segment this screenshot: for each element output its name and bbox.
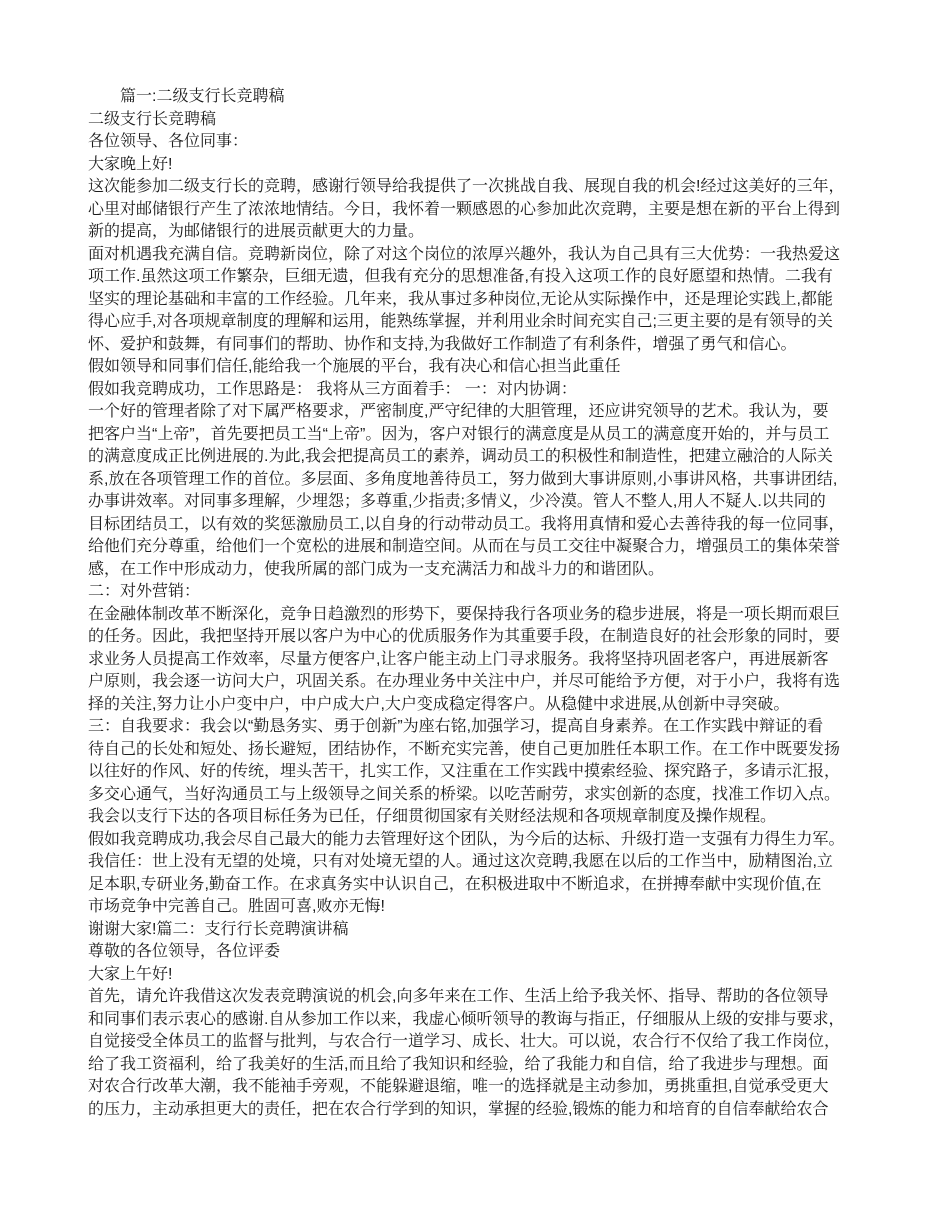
text-line: 多交心通气，当好沟通员工与上级领导之间关系的桥梁。以吃苦耐劳，求实创新的态度，找… [88, 784, 888, 807]
text-line: 新的提高，为邮储银行的进展贡献更大的力量。 [88, 221, 888, 244]
text-line: 自觉接受全体员工的监督与批判，与农合行一道学习、成长、壮大。可以说，农合行不仅给… [88, 1031, 888, 1054]
text-line: 的任务。因此，我把坚持开展以客户为中心的优质服务作为其重要手段，在制造良好的社会… [88, 626, 888, 649]
text-line: 感，在工作中形成动力，使我所属的部门成为一支充满活力和战斗力的和谐团队。 [88, 559, 888, 582]
text-line: 尊敬的各位领导，各位评委 [88, 941, 888, 964]
text-line: 三：自我要求：我会以“勤恳务实、勇于创新”为座右铭,加强学习，提高自身素养。在工… [88, 716, 888, 739]
text-line: 在金融体制改革不断深化，竞争日趋激烈的形势下，要保持我行各项业务的稳步进展，将是… [88, 604, 888, 627]
text-line: 篇一:二级支行长竞聘稿 [88, 86, 888, 109]
text-line: 首先，请允许我借这次发表竞聘演说的机会,向多年来在工作、生活上给予我关怀、指导、… [88, 986, 888, 1009]
text-line: 办事讲效率。对同事多理解，少埋怨；多尊重,少指责;多情义，少冷漠。管人不整人,用… [88, 491, 888, 514]
text-line: 这次能参加二级支行长的竞聘，感谢行领导给我提供了一次挑战自我、展现自我的机会!经… [88, 176, 888, 199]
text-line: 面对机遇我充满自信。竞聘新岗位，除了对这个岗位的浓厚兴趣外，我认为自己具有三大优… [88, 244, 888, 267]
text-line: 项工作.虽然这项工作繁杂，巨细无遗，但我有充分的思想准备,有投入这项工作的良好愿… [88, 266, 888, 289]
document-page: 篇一:二级支行长竞聘稿二级支行长竞聘稿各位领导、各位同事：大家晚上好!这次能参加… [0, 0, 950, 1230]
text-line: 怀、爱护和鼓舞，有同事们的帮助、协作和支持,为我做好工作制造了有利条件，增强了勇… [88, 334, 888, 357]
text-line: 把客户当“上帝”，首先要把员工当“上帝”。因为，客户对银行的满意度是从员工的满意… [88, 424, 888, 447]
text-line: 择的关注,努力让小户变中户，中户成大户,大户变成稳定得客户。从稳健中求进展,从创… [88, 694, 888, 717]
text-line: 心里对邮储银行产生了浓浓地情结。今日，我怀着一颗感恩的心参加此次竞聘，主要是想在… [88, 199, 888, 222]
text-line: 大家上午好! [88, 964, 888, 987]
text-line: 各位领导、各位同事： [88, 131, 888, 154]
text-line: 系,放在各项管理工作的首位。多层面、多角度地善待员工，努力做到大事讲原则,小事讲… [88, 469, 888, 492]
text-line: 目标团结员工，以有效的奖惩激励员工,以自身的行动带动员工。我将用真情和爱心去善待… [88, 514, 888, 537]
document-text: 篇一:二级支行长竞聘稿二级支行长竞聘稿各位领导、各位同事：大家晚上好!这次能参加… [88, 86, 888, 1121]
text-line: 我信任：世上没有无望的处境，只有对处境无望的人。通过这次竞聘,我愿在以后的工作当… [88, 851, 888, 874]
text-line: 谢谢大家!篇二：支行行长竞聘演讲稿 [88, 919, 888, 942]
text-line: 户原则，我会逐一访问大户，巩固关系。在办理业务中关注中户，并尽可能给予方便，对于… [88, 671, 888, 694]
text-line: 得心应手,对各项规章制度的理解和运用，能熟练掌握，并利用业余时间充实自己;三更主… [88, 311, 888, 334]
text-line: 二：对外营销： [88, 581, 888, 604]
text-line: 市场竞争中完善自己。胜固可喜,败亦无悔! [88, 896, 888, 919]
text-line: 对农合行改革大潮，我不能袖手旁观，不能躲避退缩，唯一的选择就是主动参加，勇挑重担… [88, 1076, 888, 1099]
text-line: 待自己的长处和短处、扬长避短，团结协作，不断充实完善，使自己更加胜任本职工作。在… [88, 739, 888, 762]
text-line: 坚实的理论基础和丰富的工作经验。几年来，我从事过多种岗位,无论从实际操作中，还是… [88, 289, 888, 312]
text-line: 我会以支行下达的各项目标任务为已任，仔细贯彻国家有关财经法规和各项规章制度及操作… [88, 806, 888, 829]
text-line: 的满意度成正比例进展的.为此,我会把提高员工的素养，调动员工的积极性和制造性，把… [88, 446, 888, 469]
text-line: 假如我竞聘成功，工作思路是： 我将从三方面着手： 一：对内协调： [88, 379, 888, 402]
text-line: 二级支行长竞聘稿 [88, 109, 888, 132]
text-line: 的压力，主动承担更大的责任，把在农合行学到的知识，掌握的经验,锻炼的能力和培育的… [88, 1099, 888, 1122]
text-line: 给了我工资福利，给了我美好的生活,而且给了我知识和经验，给了我能力和自信，给了我… [88, 1054, 888, 1077]
text-line: 和同事们表示衷心的感谢.自从参加工作以来，我虚心倾听领导的教诲与指正，仔细服从上… [88, 1009, 888, 1032]
text-line: 以往好的作风、好的传统，埋头苦干，扎实工作，又注重在工作实践中摸索经验、探究路子… [88, 761, 888, 784]
text-line: 一个好的管理者除了对下属严格要求，严密制度,严守纪律的大胆管理，还应讲究领导的艺… [88, 401, 888, 424]
text-line: 假如我竞聘成功,我会尽自己最大的能力去管理好这个团队，为今后的达标、升级打造一支… [88, 829, 888, 852]
text-line: 给他们充分尊重，给他们一个宽松的进展和制造空间。从而在与员工交往中凝聚合力，增强… [88, 536, 888, 559]
text-line: 求业务人员提高工作效率，尽量方便客户,让客户能主动上门寻求服务。我将坚持巩固老客… [88, 649, 888, 672]
text-line: 假如领导和同事们信任,能给我一个施展的平台，我有决心和信心担当此重任 [88, 356, 888, 379]
text-line: 足本职,专研业务,勤奋工作。在求真务实中认识自己，在积极进取中不断追求，在拼搏奉… [88, 874, 888, 897]
text-line: 大家晚上好! [88, 154, 888, 177]
